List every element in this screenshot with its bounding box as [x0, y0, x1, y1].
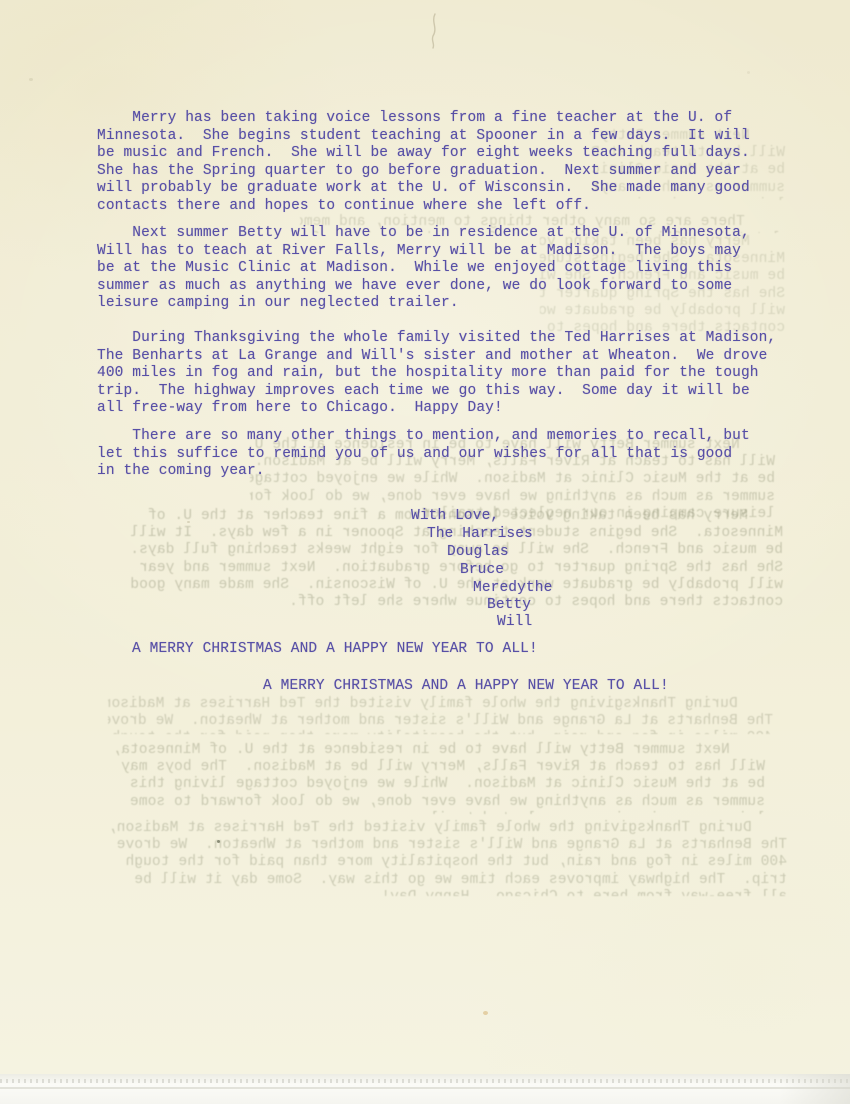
- paper-speck: [29, 78, 33, 81]
- scan-edge-strip: [0, 1074, 850, 1104]
- paper-speck: [187, 521, 190, 523]
- greeting-line-2: A MERRY CHRISTMAS AND A HAPPY NEW YEAR T…: [263, 678, 669, 696]
- paragraph-2: Next summer Betty will have to be in res…: [97, 225, 750, 313]
- perforation-edge: [0, 1079, 850, 1083]
- edge-corner-shade: [780, 1074, 850, 1104]
- paper-speck: [483, 1011, 488, 1015]
- bleed-through-text: Next summer Betty will have to be in res…: [103, 742, 765, 814]
- bleed-through-text: During Thanksgiving the whole family vis…: [95, 820, 787, 896]
- closing-salutation: With Love,: [411, 508, 499, 526]
- signature-name: Bruce: [460, 562, 504, 580]
- paragraph-1: Merry has been taking voice lessons from…: [97, 110, 750, 215]
- signature-name: Douglas: [447, 544, 509, 562]
- signature-name: Will: [497, 614, 532, 632]
- edge-shadow-line: [0, 1087, 850, 1089]
- signature-name: Betty: [487, 597, 531, 615]
- paper-speck: [217, 840, 220, 843]
- bleed-through-text: During Thanksgiving the whole family vis…: [108, 696, 773, 734]
- scanned-letter-page: Next summer Betty will have to be in res…: [0, 0, 850, 1104]
- signature-name: Meredythe: [473, 580, 552, 598]
- greeting-line-1: A MERRY CHRISTMAS AND A HAPPY NEW YEAR T…: [132, 641, 538, 659]
- paper-speck: [747, 71, 750, 74]
- paragraph-3: During Thanksgiving the whole family vis…: [97, 330, 776, 418]
- pencil-mark: [424, 12, 444, 50]
- paper: Next summer Betty will have to be in res…: [0, 0, 850, 1076]
- closing-family-signature: The Harrises: [427, 526, 533, 544]
- paragraph-4: There are so many other things to mentio…: [97, 428, 750, 481]
